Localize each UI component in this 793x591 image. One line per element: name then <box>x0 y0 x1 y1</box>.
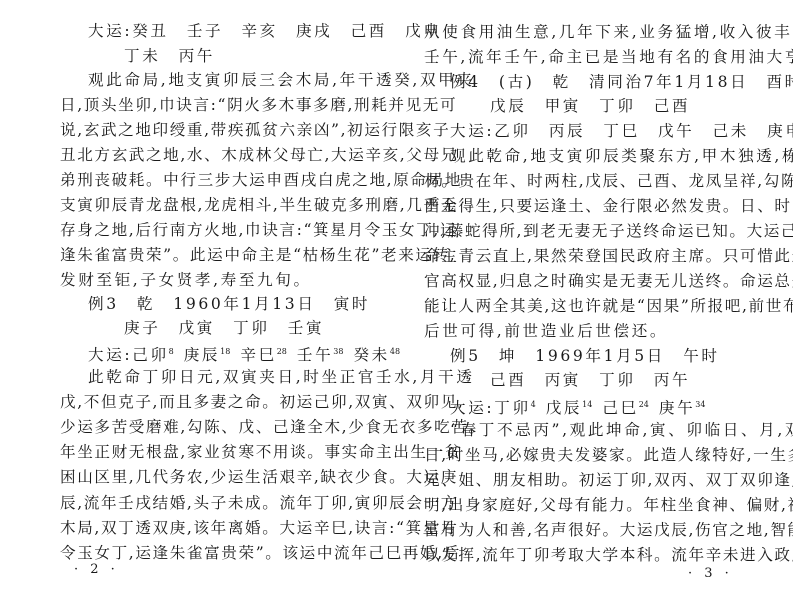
paragraph-line: 兄、姐、朋友相助。初运丁卯,双丙、双丁双卯逢,木火通 <box>424 470 793 490</box>
dayun-age: 8 <box>169 347 174 356</box>
paragraph-line: 日,时坐马,必嫁贵夫发婆家。此造人缘特好,一生多得 <box>424 445 793 465</box>
paragraph-line: 辰,流年壬戌结婚,头子未成。流年丁卯,寅卯辰会一方 <box>60 493 458 513</box>
dayun-item: 己巳 <box>602 399 638 417</box>
dayun-line-example2: 大运:癸丑 壬子 辛亥 庚戌 己酉 戊申 <box>88 21 442 41</box>
paragraph-line: “春丁不忌丙”,观此坤命,寅、卯临日、月,双丙夹 <box>450 420 793 440</box>
dayun-age: 14 <box>582 400 592 409</box>
right-page: 从使食用油生意,几年下来,业务猛增,收入彼丰。大运 壬午,流年壬午,命主已是当地… <box>400 0 793 591</box>
paragraph-line: 日,顶头坐卯,巾诀言:“阴火多木事多磨,刑耗并见无可 <box>60 95 457 115</box>
paragraph-line: 材。贵在年、时两柱,戊辰、己酉、龙凤呈祥,勾陈土众, <box>424 171 793 191</box>
dayun-item: 庚辰 <box>184 346 220 364</box>
paragraph-line: 明,出身家庭好,父母有能力。年柱坐食神、偏财,祖上 <box>424 495 793 515</box>
dayun-age: 38 <box>333 347 343 356</box>
dayun-item: 己卯 <box>132 346 168 364</box>
paragraph-line: 富有为人和善,名声很好。大运戊辰,伤官之地,智能得 <box>424 520 793 540</box>
dayun-item: 辛巳 <box>240 346 276 364</box>
bazi-pillars-example4: 戊辰 甲寅 丁卯 己酉 <box>490 96 690 116</box>
dayun-line-example2-cont: 丁未 丙午 <box>124 46 215 66</box>
paragraph-line: 官高权显,归息之时确实是无妻无儿送终。命运总是不 <box>424 271 793 291</box>
paragraph-line: 发财至钜,子女贤孝,寿至九旬。 <box>60 270 312 290</box>
paragraph-line-last-left: 令玉女丁,运逢朱雀富贵荣”。该运中流年己巳再婚,后 <box>60 543 461 563</box>
paragraph-line: 后世可得,前世造业后世偿还。 <box>424 321 668 341</box>
paragraph-line: 说,玄武之地印绶重,带疾孤贫六亲凶”,初运行限亥子 <box>60 120 450 140</box>
example-heading-4: 例4 (古) 乾 清同治7年1月18日 酉时 <box>450 72 793 92</box>
paragraph-line: 壬午,流年壬午,命主已是当地有名的食用油大亨。 <box>424 47 793 67</box>
paragraph-line: 木局,双丁透双庚,该年离婚。大运辛巳,诀言:“箕星月 <box>60 518 457 538</box>
dayun-item: 癸未 <box>353 346 389 364</box>
paragraph-line: 命主青云直上,果然荣登国民政府主席。只可惜此造虽 <box>424 246 793 266</box>
dayun-item: 戊辰 <box>546 399 582 417</box>
paragraph-line-last-right: 以发挥,流年丁卯考取大学本科。流年辛未进入政府机 <box>424 545 793 565</box>
dayun-label: 大运: <box>450 399 494 417</box>
paragraph-line: 酉金得生,只要运逢土、金行限必然发贵。日、时卯酉逢 <box>424 196 793 216</box>
bazi-pillars-example5: 己酉 丙寅 丁卯 丙午 <box>490 370 690 390</box>
dayun-age: 34 <box>695 400 705 409</box>
example-heading-5: 例5 坤 1969年1月5日 午时 <box>450 346 720 366</box>
dayun-age: 48 <box>390 347 400 356</box>
dayun-item: 丁卯 <box>494 399 530 417</box>
paragraph-line: 困山区里,几代务农,少运生活艰辛,缺衣少食。大运庚 <box>60 467 458 487</box>
paragraph-line: 能让人两全其美,这也许就是“因果”所报吧,前世布施 <box>424 296 793 316</box>
left-page: 大运:癸丑 壬子 辛亥 庚戌 己酉 戊申 丁未 丙午 观此命局,地支寅卯辰三会木… <box>0 0 400 591</box>
paragraph-line: 逢朱雀富贵荣”。此运中命主是“枯杨生花”老来运转, <box>60 245 456 265</box>
dayun-line-example4: 大运:乙卯 丙辰 丁巳 戊午 己未 庚申 <box>450 121 793 141</box>
dayun-age: 24 <box>639 400 649 409</box>
paragraph-line: 从使食用油生意,几年下来,业务猛增,收入彼丰。大运 <box>424 22 793 42</box>
page-number-right: · 3 · <box>688 566 733 581</box>
dayun-label: 大运: <box>88 346 132 364</box>
dayun-line-example3: 大运:己卯8庚辰18辛巳28壬午38癸未48 <box>88 342 410 365</box>
dayun-age: 4 <box>531 400 536 409</box>
paragraph-line: 丑北方玄武之地,水、木成林父母亡,大运辛亥,父母兄 <box>60 145 458 165</box>
paragraph-line: 支寅卯辰青龙盘根,龙虎相斗,半生破克多刑磨,几乎无 <box>60 195 458 215</box>
dayun-item: 壬午 <box>297 346 333 364</box>
bazi-pillars-example3: 庚子 戊寅 丁卯 壬寅 <box>124 318 324 338</box>
dayun-item: 庚午 <box>659 399 695 417</box>
paragraph-line: 冲,藤蛇得所,到老无妻无子送终命运已知。大运己未, <box>424 221 793 241</box>
example-heading-3: 例3 乾 1960年1月13日 寅时 <box>88 294 370 314</box>
dayun-age: 28 <box>277 347 287 356</box>
dayun-line-example5: 大运:丁卯4戊辰14己巳24庚午34 <box>450 395 715 418</box>
dayun-age: 18 <box>220 347 230 356</box>
paragraph-line: 存身之地,后行南方火地,巾诀言:“箕星月令玉女丁,运 <box>60 220 457 240</box>
paragraph-line: 观此乾命,地支寅卯辰类聚东方,甲木独透,栋梁之 <box>450 146 793 166</box>
page-number-left: · 2 · <box>74 562 119 577</box>
